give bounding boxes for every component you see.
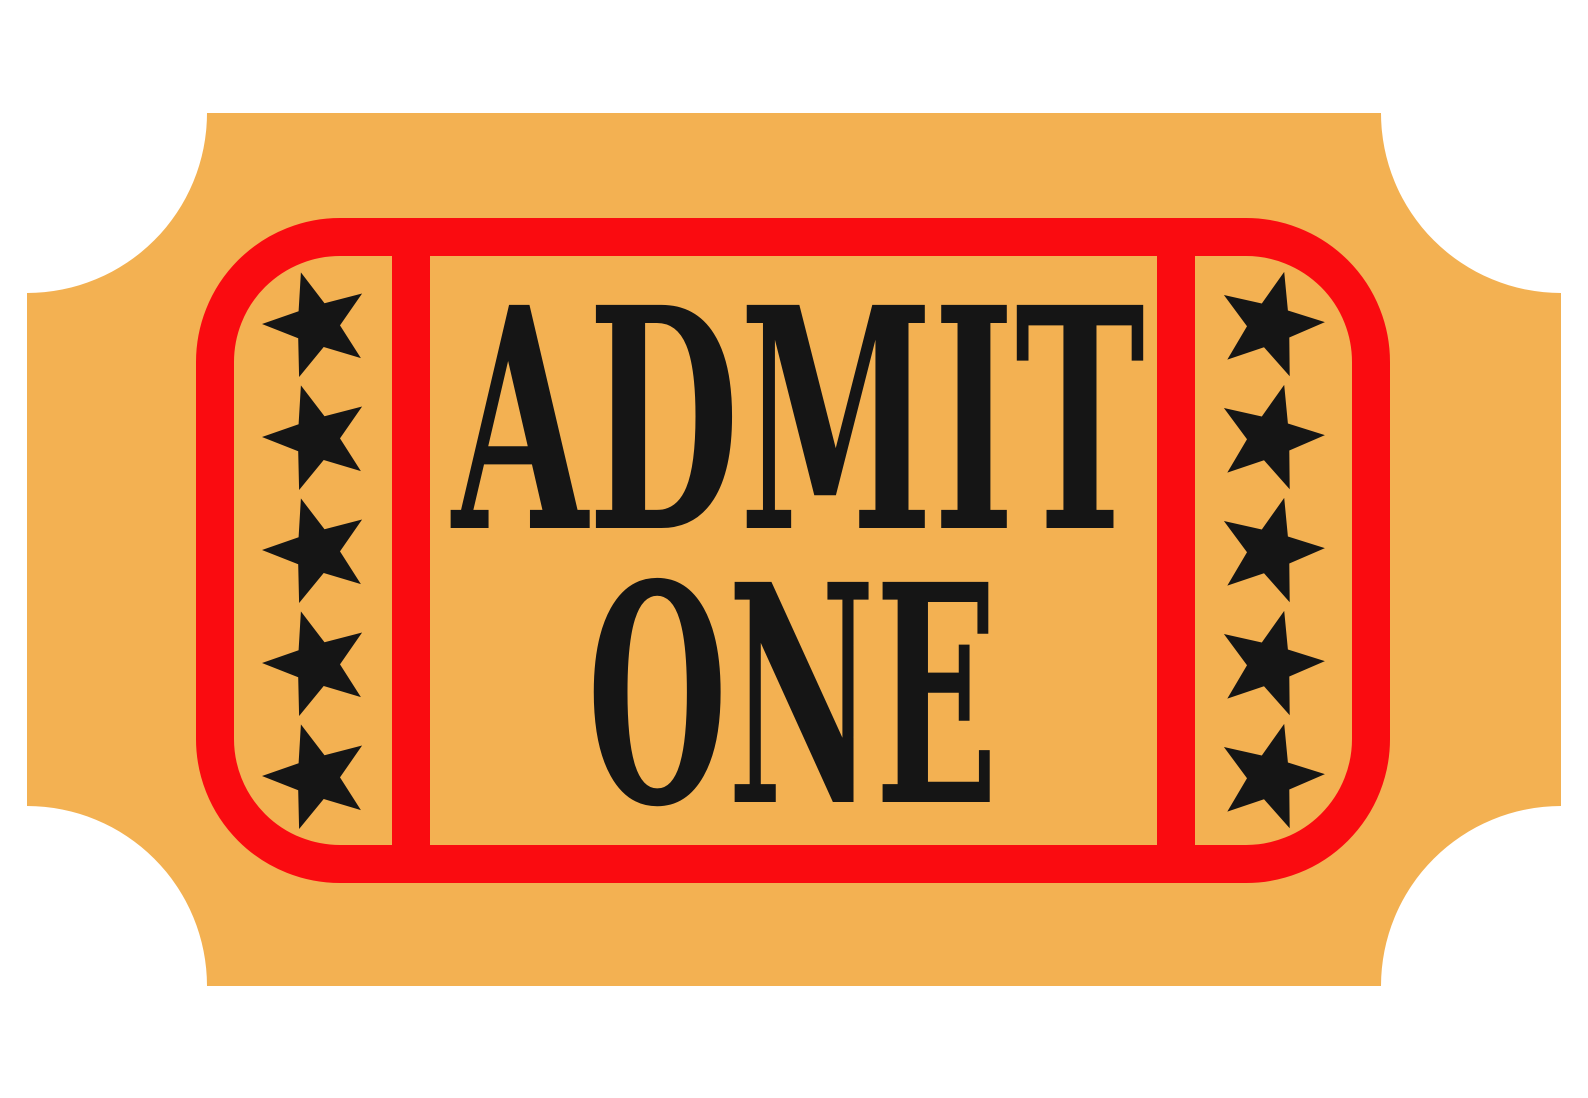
ticket-canvas: ADMIT ONE [0,0,1588,1098]
admit-one-ticket-illustration: ADMIT ONE [0,0,1588,1098]
one-text: ONE [587,519,998,874]
left-divider-line [392,218,430,883]
right-divider-line [1157,218,1195,883]
